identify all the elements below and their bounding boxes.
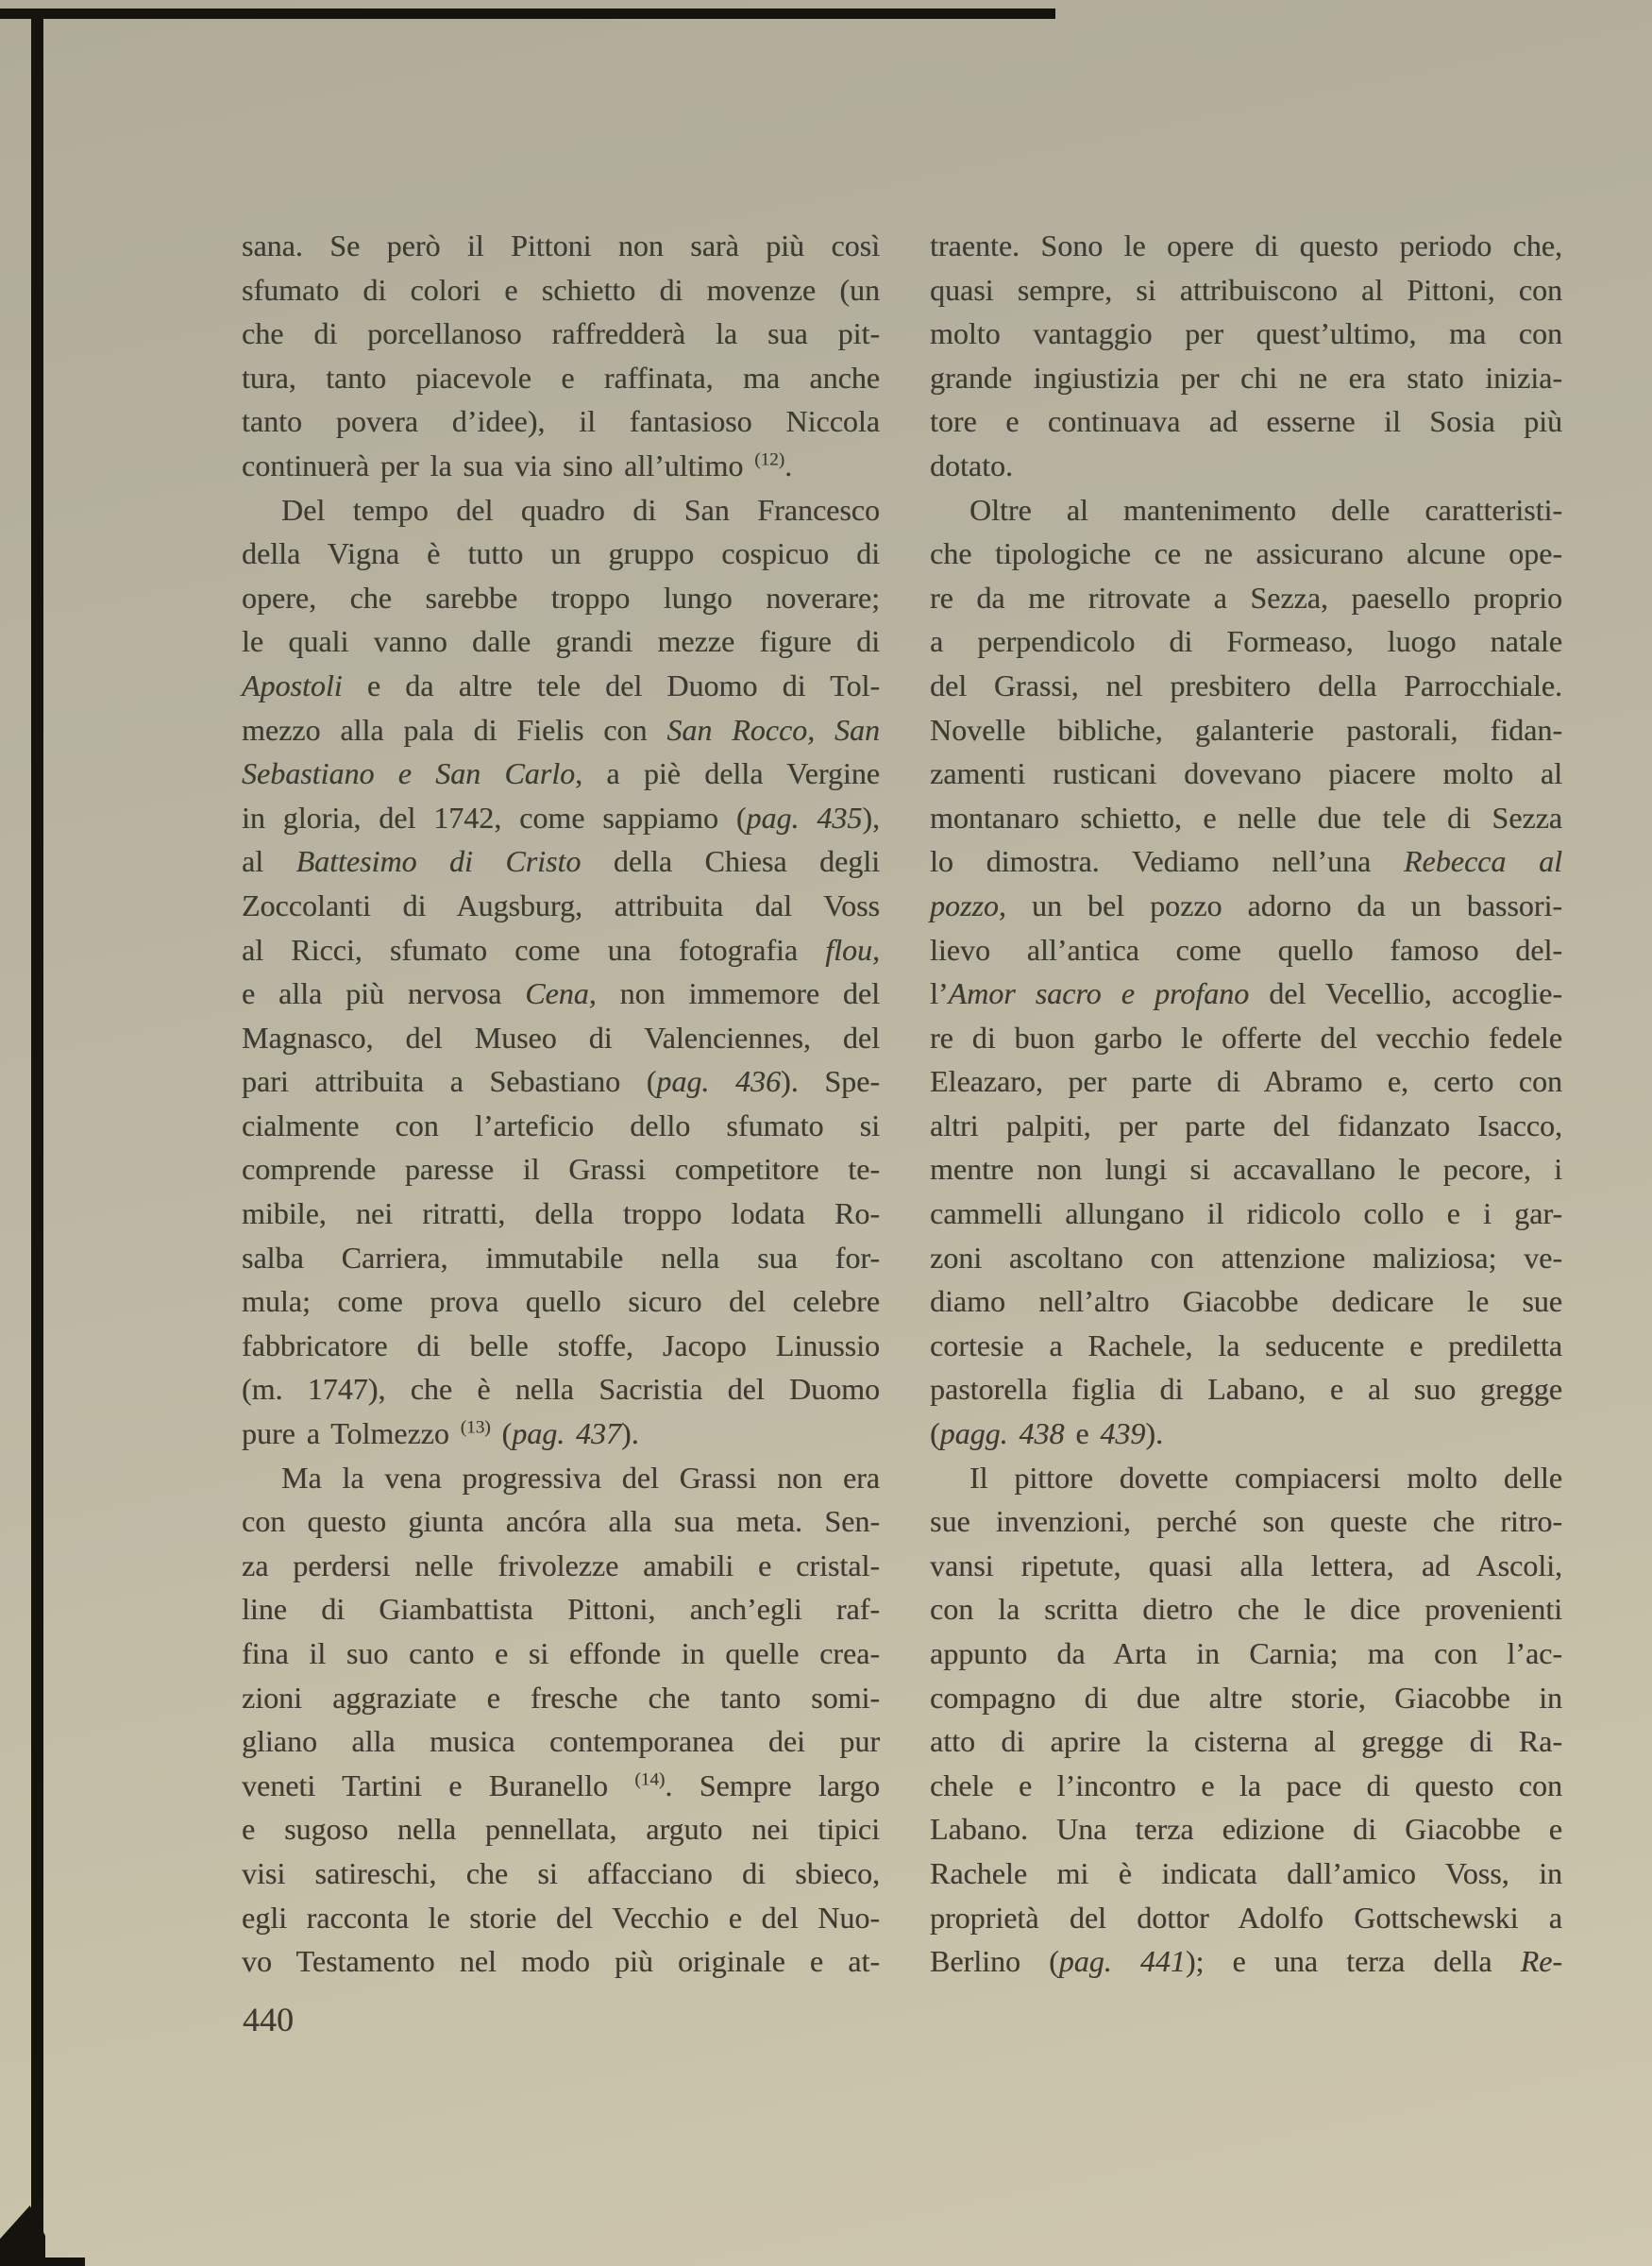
text-line: zamenti rusticani dovevano piacere molto…	[930, 752, 1562, 796]
text-line: proprietà del dottor Adolfo Gottschewski…	[930, 1896, 1562, 1940]
text-line: Labano. Una terza edizione di Giacobbe e	[930, 1807, 1562, 1852]
text-line: Il pittore dovette compiacersi molto del…	[930, 1456, 1562, 1500]
text-line: line di Giambattista Pittoni, anch’egli …	[242, 1587, 880, 1632]
text-line: atto di aprire la cisterna al gregge di …	[930, 1719, 1562, 1764]
text-line: Berlino (pag. 441); e una terza della Re…	[930, 1939, 1562, 1984]
text-line: za perdersi nelle frivolezze amabili e c…	[242, 1544, 880, 1588]
text-line: continuerà per la sua via sino all’ultim…	[242, 444, 880, 488]
text-line: compagno di due altre storie, Giacobbe i…	[930, 1676, 1562, 1720]
text-line: diamo nell’altro Giacobbe dedicare le su…	[930, 1279, 1562, 1324]
text-line: l’Amor sacro e profano del Vecellio, acc…	[930, 972, 1562, 1016]
text-line: fabbricatore di belle stoffe, Jacopo Lin…	[242, 1324, 880, 1368]
text-line: visi satireschi, che si affacciano di sb…	[242, 1852, 880, 1896]
text-line: chele e l’incontro e la pace di questo c…	[930, 1764, 1562, 1808]
text-line: grande ingiustizia per chi ne era stato …	[930, 356, 1562, 400]
text-line: in gloria, del 1742, come sappiamo (pag.…	[242, 796, 880, 840]
scan-edge-left	[31, 8, 43, 2266]
text-line: (pagg. 438 e 439).	[930, 1412, 1562, 1456]
text-line: pozzo, un bel pozzo adorno da un bassori…	[930, 884, 1562, 928]
text-line: mula; come prova quello sicuro del celeb…	[242, 1279, 880, 1324]
text-line: mezzo alla pala di Fielis con San Rocco,…	[242, 708, 880, 753]
text-line: al Ricci, sfumato come una fotografia fl…	[242, 928, 880, 972]
text-line: con questo giunta ancóra alla sua meta. …	[242, 1499, 880, 1544]
text-line: appunto da Arta in Carnia; ma con l’ac-	[930, 1632, 1562, 1676]
text-line: re da me ritrovate a Sezza, paesello pro…	[930, 576, 1562, 620]
text-line: salba Carriera, immutabile nella sua for…	[242, 1236, 880, 1280]
text-line: e alla più nervosa Cena, non immemore de…	[242, 972, 880, 1016]
text-line: opere, che sarebbe troppo lungo noverare…	[242, 576, 880, 620]
text-line: che di porcellanoso raffredderà la sua p…	[242, 312, 880, 356]
text-line: mentre non lungi si accavallano le pecor…	[930, 1147, 1562, 1192]
text-line: Novelle bibliche, galanterie pastorali, …	[930, 708, 1562, 753]
book-page-scan: sana. Se però il Pittoni non sarà più co…	[0, 0, 1652, 2266]
text-line: le quali vanno dalle grandi mezze figure…	[242, 619, 880, 664]
text-line: re di buon garbo le offerte del vecchio …	[930, 1016, 1562, 1060]
text-line: della Vigna è tutto un gruppo cospicuo d…	[242, 532, 880, 576]
text-line: pure a Tolmezzo (13) (pag. 437).	[242, 1412, 880, 1456]
text-column-left: sana. Se però il Pittoni non sarà più co…	[242, 224, 880, 1984]
text-line: comprende paresse il Grassi competitore …	[242, 1147, 880, 1192]
text-line: cialmente con l’arteficio dello sfumato …	[242, 1104, 880, 1148]
text-line: Apostoli e da altre tele del Duomo di To…	[242, 664, 880, 708]
text-line: sfumato di colori e schietto di movenze …	[242, 268, 880, 313]
text-line: tura, tanto piacevole e raffinata, ma an…	[242, 356, 880, 400]
text-line: Rachele mi è indicata dall’amico Voss, i…	[930, 1852, 1562, 1896]
text-line: egli racconta le storie del Vecchio e de…	[242, 1896, 880, 1940]
text-line: veneti Tartini e Buranello (14). Sempre …	[242, 1764, 880, 1808]
text-line: Del tempo del quadro di San Francesco	[242, 488, 880, 533]
text-line: mibile, nei ritratti, della troppo lodat…	[242, 1192, 880, 1236]
text-line: zioni aggraziate e fresche che tanto som…	[242, 1676, 880, 1720]
text-line: montanaro schietto, e nelle due tele di …	[930, 796, 1562, 840]
text-line: pari attribuita a Sebastiano (pag. 436).…	[242, 1059, 880, 1104]
text-line: che tipologiche ce ne assicurano alcune …	[930, 532, 1562, 576]
text-line: lievo all’antica come quello famoso del-	[930, 928, 1562, 972]
text-line: vo Testamento nel modo più originale e a…	[242, 1939, 880, 1984]
text-line: fina il suo canto e si effonde in quelle…	[242, 1632, 880, 1676]
text-line: zoni ascoltano con attenzione maliziosa;…	[930, 1236, 1562, 1280]
text-line: tanto povera d’idee), il fantasioso Nicc…	[242, 399, 880, 444]
text-line: vansi ripetute, quasi alla lettera, ad A…	[930, 1544, 1562, 1588]
text-line: Zoccolanti di Augsburg, attribuita dal V…	[242, 884, 880, 928]
text-line: (m. 1747), che è nella Sacristia del Duo…	[242, 1367, 880, 1412]
text-line: al Battesimo di Cristo della Chiesa degl…	[242, 839, 880, 884]
text-line: Ma la vena progressiva del Grassi non er…	[242, 1456, 880, 1500]
scan-edge-top	[0, 8, 1055, 19]
text-line: altri palpiti, per parte del fidanzato I…	[930, 1104, 1562, 1148]
text-line: Sebastiano e San Carlo, a piè della Verg…	[242, 752, 880, 796]
text-column-right: traente. Sono le opere di questo periodo…	[930, 224, 1562, 1984]
text-line: gliano alla musica contemporanea dei pur	[242, 1719, 880, 1764]
text-line: Eleazaro, per parte di Abramo e, certo c…	[930, 1059, 1562, 1104]
text-line: sue invenzioni, perché son queste che ri…	[930, 1499, 1562, 1544]
text-line: tore e continuava ad esserne il Sosia pi…	[930, 399, 1562, 444]
text-line: dotato.	[930, 444, 1562, 488]
text-line: Magnasco, del Museo di Valenciennes, del	[242, 1016, 880, 1060]
text-line: molto vantaggio per quest’ultimo, ma con	[930, 312, 1562, 356]
text-line: a perpendicolo di Formeaso, luogo natale	[930, 619, 1562, 664]
page-number: 440	[243, 2000, 294, 2039]
text-line: pastorella figlia di Labano, e al suo gr…	[930, 1367, 1562, 1412]
text-line: e sugoso nella pennellata, arguto nei ti…	[242, 1807, 880, 1852]
text-line: Oltre al mantenimento delle caratteristi…	[930, 488, 1562, 533]
text-line: del Grassi, nel presbitero della Parrocc…	[930, 664, 1562, 708]
text-line: lo dimostra. Vediamo nell’una Rebecca al	[930, 839, 1562, 884]
text-line: cortesie a Rachele, la seducente e predi…	[930, 1324, 1562, 1368]
text-line: traente. Sono le opere di questo periodo…	[930, 224, 1562, 268]
text-line: cammelli allungano il ridicolo collo e i…	[930, 1192, 1562, 1236]
text-line: quasi sempre, si attribuiscono al Pitton…	[930, 268, 1562, 313]
scan-edge-bottom	[0, 2258, 85, 2266]
text-line: sana. Se però il Pittoni non sarà più co…	[242, 224, 880, 268]
text-line: con la scritta dietro che le dice proven…	[930, 1587, 1562, 1632]
